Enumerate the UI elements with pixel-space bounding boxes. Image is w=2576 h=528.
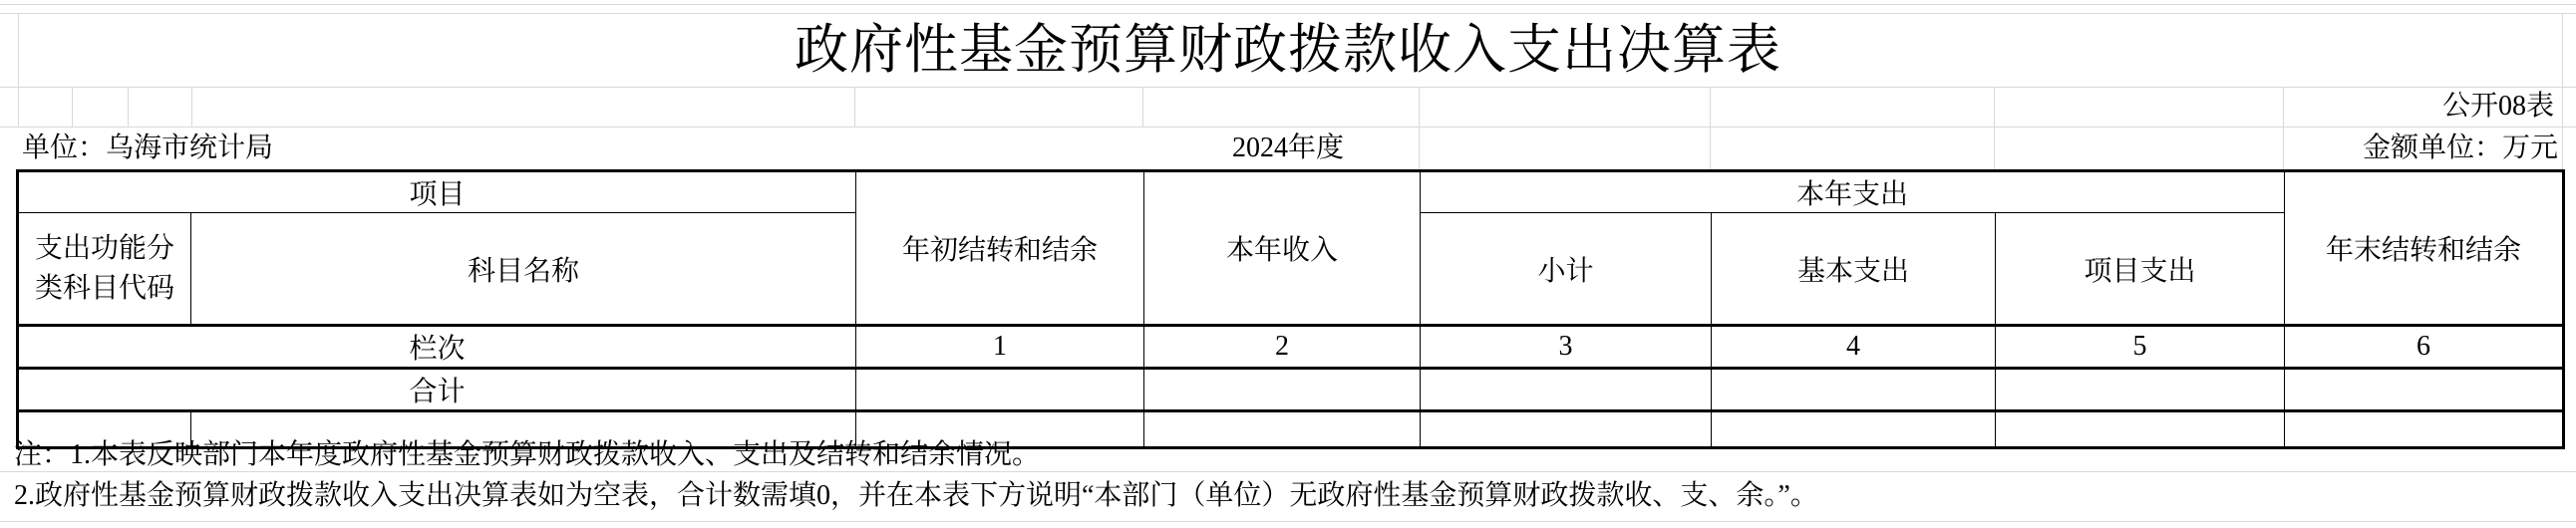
colindex-cell-2: 2	[1144, 326, 1421, 369]
data-cell	[2285, 369, 2564, 411]
header-subject-name-cell: 科目名称	[191, 213, 856, 326]
amount-unit-label: 金额单位：万元	[2363, 127, 2558, 169]
gridline	[0, 4, 2576, 5]
data-cell	[1996, 411, 2285, 448]
spreadsheet-page: 政府性基金预算财政拨款收入支出决算表 公开08表 单位：乌海市统计局 2024年…	[0, 0, 2576, 528]
form-code-label: 公开08表	[0, 87, 2554, 127]
header-year-income-cell: 本年收入	[1144, 171, 1421, 326]
data-cell	[1996, 369, 2285, 411]
colindex-cell-5: 5	[1996, 326, 2285, 369]
header-project-cell: 项目	[18, 171, 856, 213]
data-cell	[2285, 411, 2564, 448]
colindex-cell-6: 6	[2285, 326, 2564, 369]
footnote-1: 注：1.本表反映部门本年度政府性基金预算财政拨款收入、支出及结转和结余情况。	[14, 438, 1040, 471]
data-cell	[1144, 369, 1421, 411]
data-cell	[1712, 369, 1996, 411]
header-func-code-cell: 支出功能分类科目代码	[18, 213, 191, 326]
data-cell	[1144, 411, 1421, 448]
colindex-label-cell: 栏次	[18, 326, 856, 369]
fund-budget-table: 项目 年初结转和结余 本年收入 本年支出 年末结转和结余 支出功能分类科目代码 …	[16, 169, 2565, 449]
meta-row: 单位：乌海市统计局 2024年度 金额单位：万元	[0, 127, 2576, 169]
data-cell	[1712, 411, 1996, 448]
header-basic-expense-cell: 基本支出	[1712, 213, 1996, 326]
gridline	[0, 521, 2576, 522]
page-title: 政府性基金预算财政拨款收入支出决算表	[0, 13, 2576, 87]
header-begin-balance-cell: 年初结转和结余	[856, 171, 1144, 326]
header-end-balance-cell: 年末结转和结余	[2285, 171, 2564, 326]
colindex-cell-3: 3	[1421, 326, 1712, 369]
header-project-expense-cell: 项目支出	[1996, 213, 2285, 326]
total-row-label-cell: 合计	[18, 369, 856, 411]
colindex-cell-4: 4	[1712, 326, 1996, 369]
header-subtotal-cell: 小计	[1421, 213, 1712, 326]
colindex-cell-1: 1	[856, 326, 1144, 369]
header-year-expense-cell: 本年支出	[1421, 171, 2285, 213]
data-cell	[1421, 369, 1712, 411]
footnote-2: 2.政府性基金预算财政拨款收入支出决算表如为空表，合计数需填0，并在本表下方说明…	[14, 471, 1818, 521]
data-cell	[856, 369, 1144, 411]
fiscal-year-label: 2024年度	[0, 127, 2576, 169]
data-cell	[1421, 411, 1712, 448]
